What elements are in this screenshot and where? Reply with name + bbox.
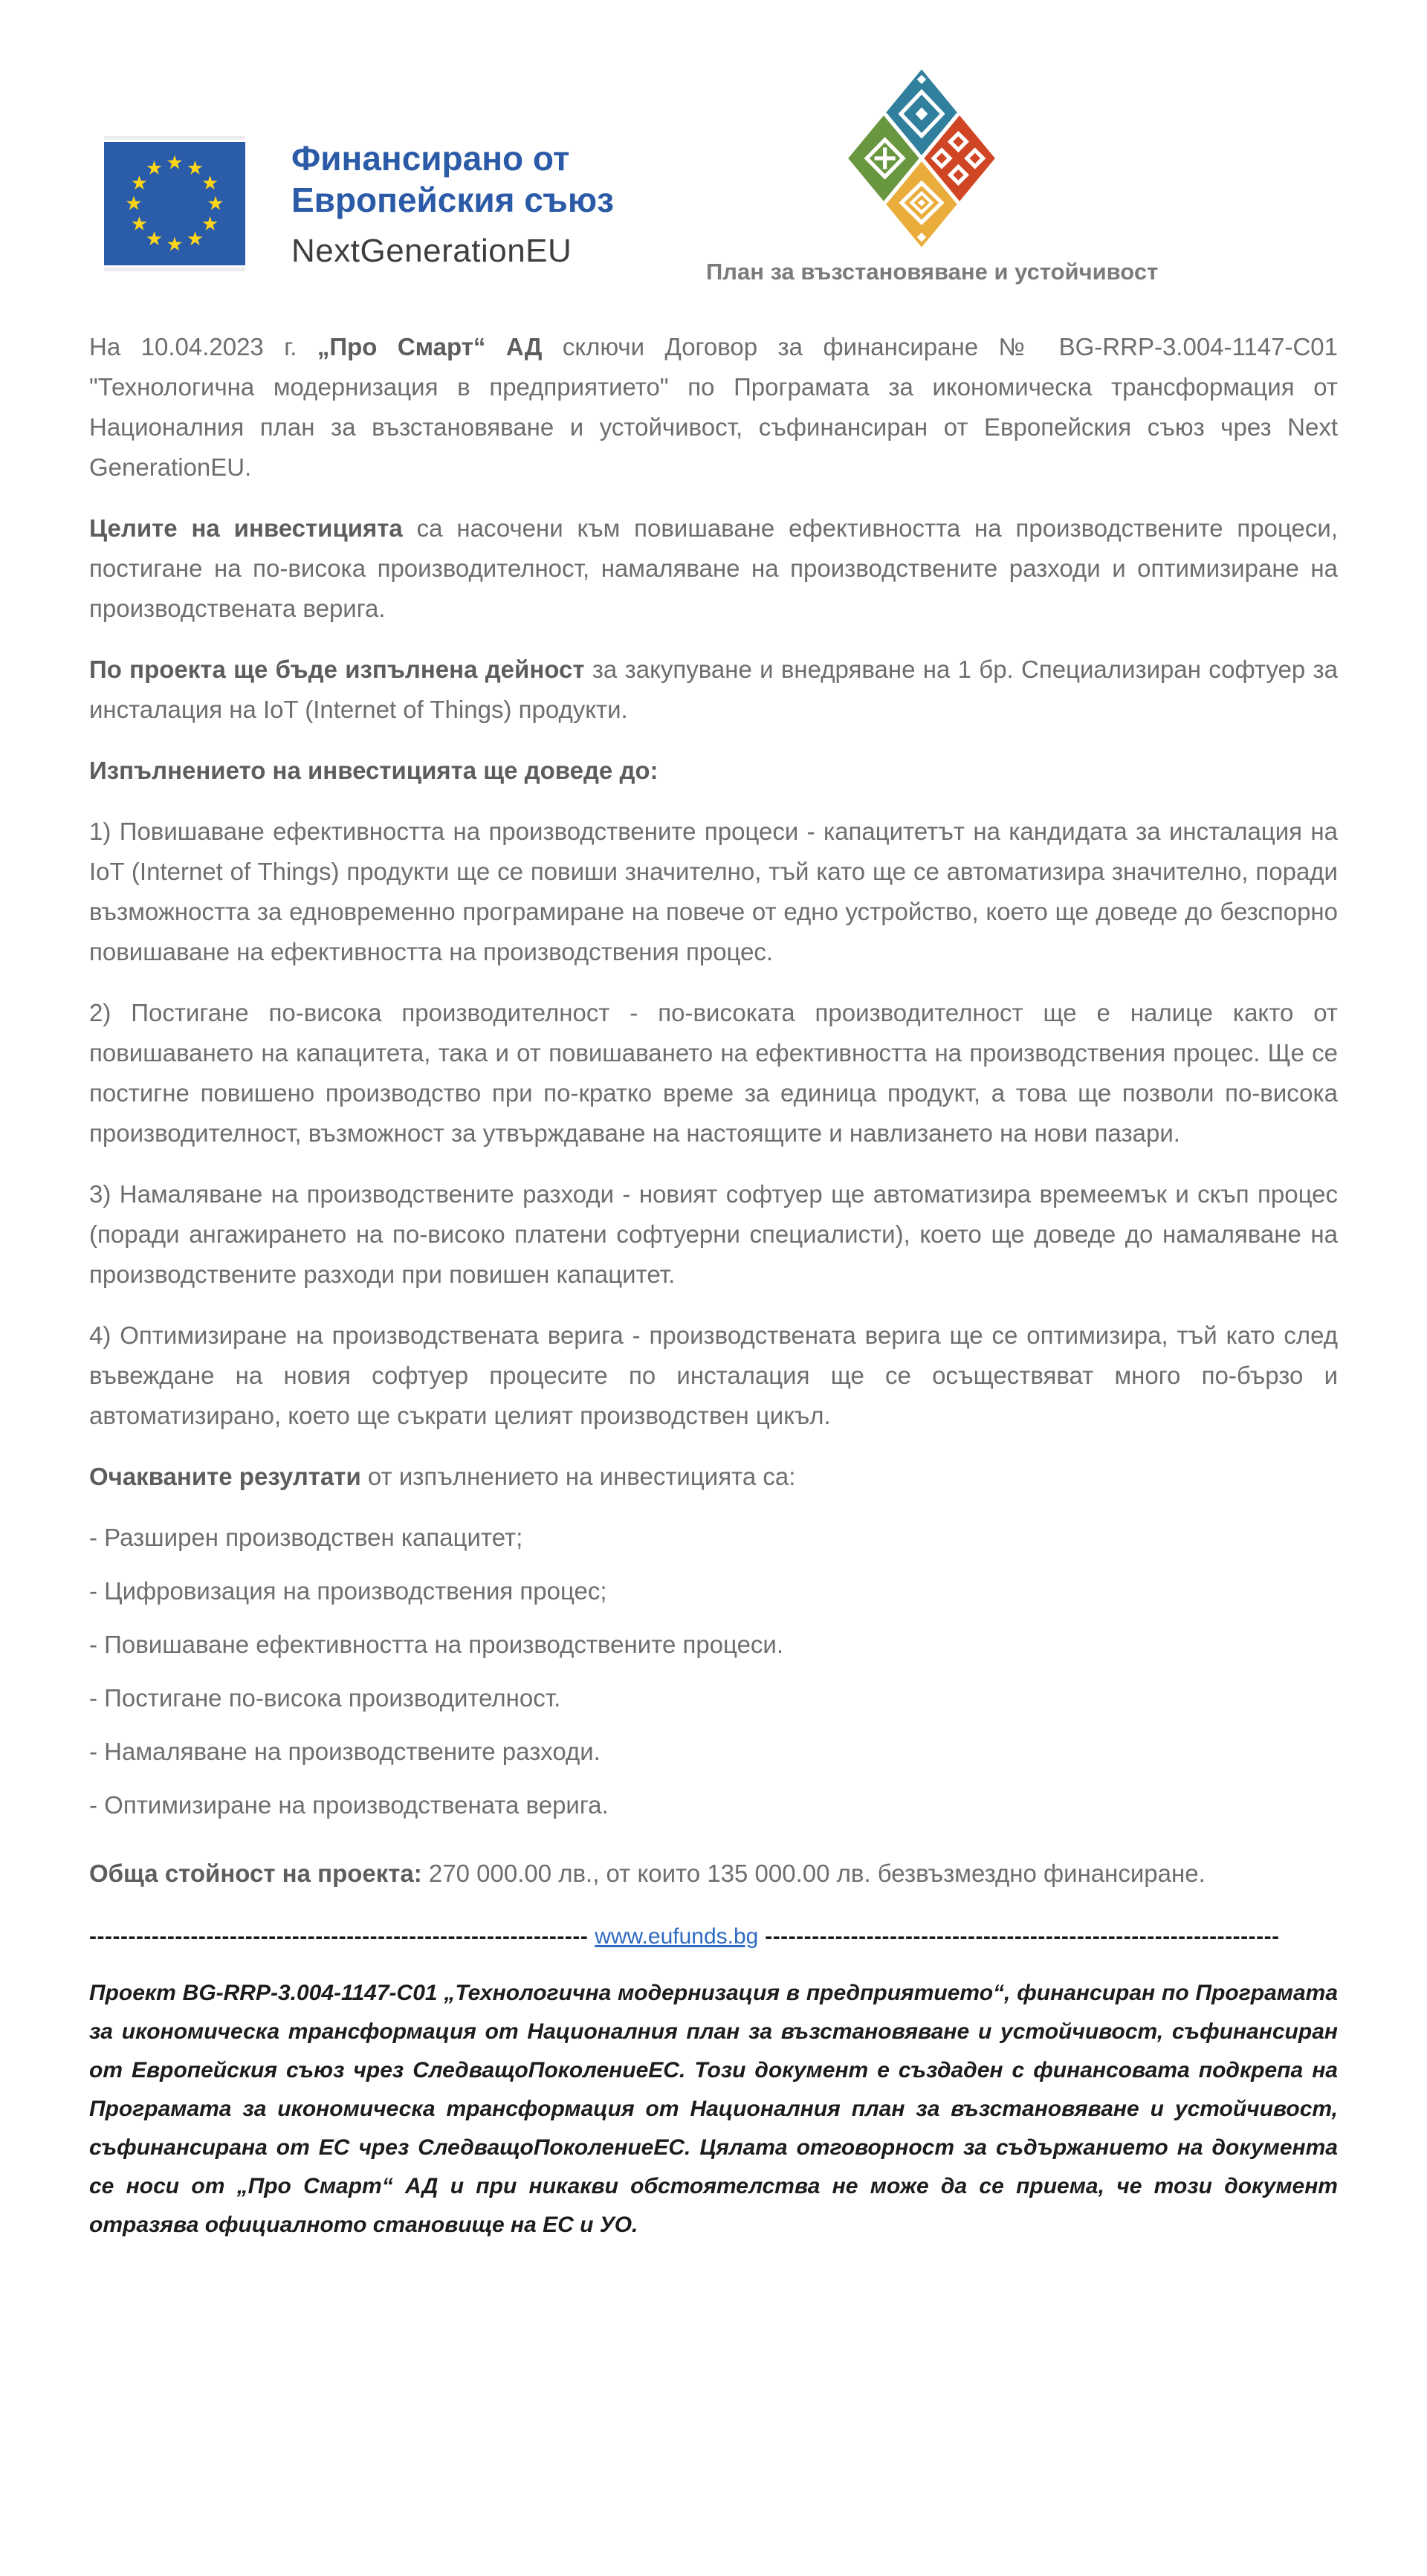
total-value-paragraph: Обща стойност на проекта: 270 000.00 лв.…	[89, 1854, 1338, 1894]
document-page: Финансирано от Европейския съюз NextGene…	[0, 0, 1427, 2576]
eu-flag-icon	[104, 136, 245, 271]
point-4-paragraph: 4) Оптимизиране на производствената вери…	[89, 1315, 1338, 1436]
results-rest: от изпълнението на инвестицията са:	[361, 1463, 796, 1490]
eu-funding-logo: Финансирано от Европейския съюз NextGene…	[104, 136, 614, 271]
result-item: - Цифровизация на производствения процес…	[89, 1571, 1338, 1611]
recovery-plan-caption: План за възстановяване и устойчивост	[706, 259, 1137, 285]
total-value-lead: Обща стойност на проекта:	[89, 1860, 422, 1887]
company-name: „Про Смарт“ АД	[317, 333, 543, 360]
document-header: Финансирано от Европейския съюз NextGene…	[0, 0, 1427, 327]
lead-heading: Изпълнението на инвестицията ще доведе д…	[89, 751, 1338, 791]
point-1-paragraph: 1) Повишаване ефективността на производс…	[89, 812, 1338, 972]
lead-heading-text: Изпълнението на инвестицията ще доведе д…	[89, 757, 659, 784]
point-3-paragraph: 3) Намаляване на производствените разход…	[89, 1174, 1338, 1295]
total-value-rest: 270 000.00 лв., от които 135 000.00 лв. …	[422, 1860, 1206, 1887]
result-item: - Оптимизиране на производствената вериг…	[89, 1785, 1338, 1825]
intro-paragraph: На 10.04.2023 г. „Про Смарт“ АД сключи Д…	[89, 327, 1338, 488]
document-body: На 10.04.2023 г. „Про Смарт“ АД сключи Д…	[0, 327, 1427, 2245]
result-item: - Намаляване на производствените разходи…	[89, 1732, 1338, 1772]
disclaimer-paragraph: Проект BG-RRP-3.004-1147-C01 „Технологич…	[89, 1974, 1338, 2245]
result-item: - Разширен производствен капацитет;	[89, 1518, 1338, 1558]
activity-paragraph: По проекта ще бъде изпълнена дейност за …	[89, 650, 1338, 730]
separator-dashes-left: ----------------------------------------…	[89, 1924, 588, 1949]
results-lead: Очакваните резултати	[89, 1463, 361, 1490]
activity-lead: По проекта ще бъде изпълнена дейност	[89, 656, 585, 683]
result-item: - Постигане по-висока производителност.	[89, 1678, 1338, 1718]
nextgeneration-eu-label: NextGenerationEU	[291, 233, 614, 270]
point-2-paragraph: 2) Постигане по-висока производителност …	[89, 993, 1338, 1153]
rrp-diamond-icon	[844, 65, 999, 251]
eufunds-link[interactable]: www.eufunds.bg	[595, 1924, 758, 1949]
eu-funding-caption-line2: Европейския съюз	[291, 179, 614, 221]
recovery-plan-logo: План за възстановяване и устойчивост	[706, 65, 1137, 285]
eu-funding-caption: Финансирано от Европейския съюз NextGene…	[291, 136, 614, 270]
result-item: - Повишаване ефективността на производст…	[89, 1625, 1338, 1665]
separator-line: ----------------------------------------…	[89, 1919, 1338, 1955]
goals-lead: Целите на инвестицията	[89, 514, 403, 542]
intro-pre: На 10.04.2023 г.	[89, 333, 317, 360]
goals-paragraph: Целите на инвестицията са насочени към п…	[89, 508, 1338, 629]
separator-dashes-right: ----------------------------------------…	[765, 1924, 1279, 1949]
eu-funding-caption-line1: Финансирано от	[291, 137, 614, 179]
results-heading: Очакваните резултати от изпълнението на …	[89, 1457, 1338, 1497]
